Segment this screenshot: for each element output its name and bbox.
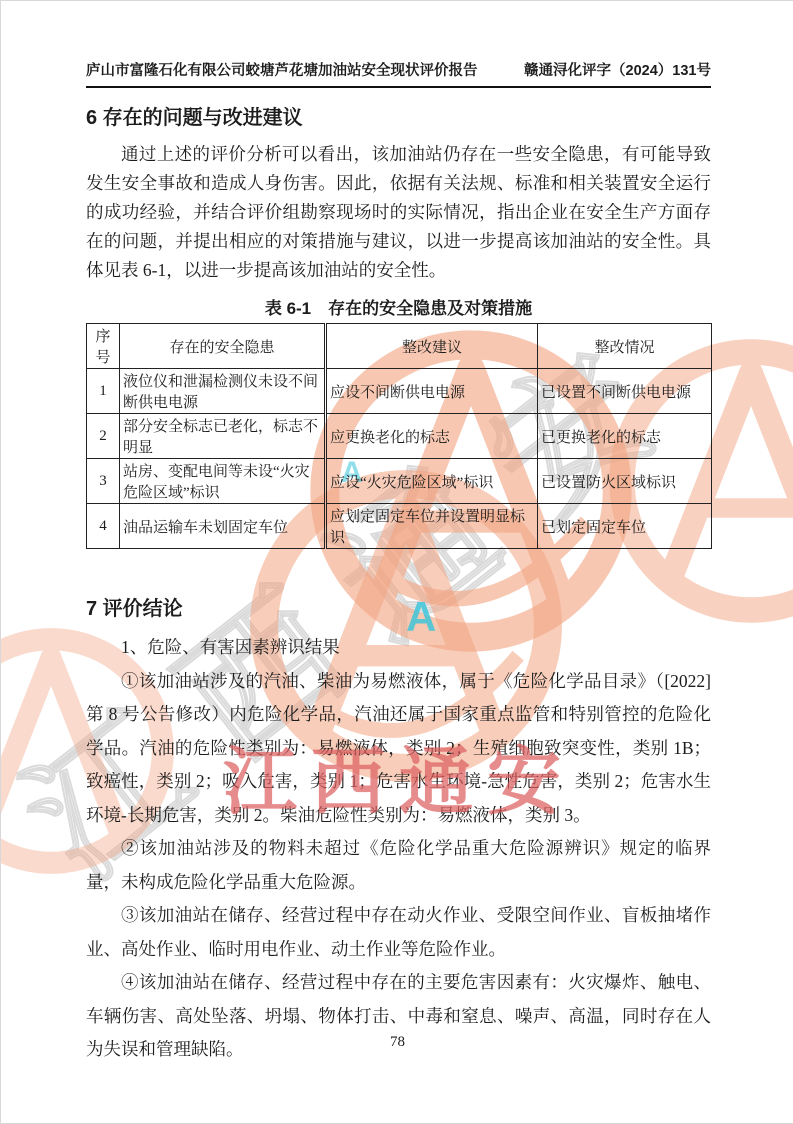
row-status: 已设置不间断供电电源 <box>538 369 712 414</box>
row-index: 2 <box>87 414 120 459</box>
row-status: 已划定固定车位 <box>538 504 712 549</box>
header-report-title: 庐山市富隆石化有限公司蛟塘芦花塘加油站安全现状评价报告 <box>86 59 478 80</box>
row-suggestion: 应划定固定车位并设置明显标识 <box>326 504 538 549</box>
section7-paragraph-4: ③该加油站在储存、经营过程中存在动火作业、受限空间作业、盲板抽堵作业、高处作业、… <box>86 899 711 966</box>
col-header-status: 整改情况 <box>538 324 712 369</box>
header-document-number: 赣通浔化评字（2024）131号 <box>524 59 711 80</box>
col-header-index: 序号 <box>87 324 120 369</box>
row-hazard: 站房、变配电间等未设“火灾危险区域”标识 <box>120 459 326 504</box>
row-index: 1 <box>87 369 120 414</box>
row-index: 4 <box>87 504 120 549</box>
row-suggestion: 应更换老化的标志 <box>326 414 538 459</box>
col-header-hazard: 存在的安全隐患 <box>120 324 326 369</box>
row-status: 已更换老化的标志 <box>538 414 712 459</box>
table-row: 3 站房、变配电间等未设“火灾危险区域”标识 应设“火灾危险区域”标识 已设置防… <box>87 459 712 504</box>
row-hazard: 油品运输车未划固定车位 <box>120 504 326 549</box>
row-status: 已设置防火区域标识 <box>538 459 712 504</box>
section7-title: 7 评价结论 <box>86 592 711 621</box>
section7-paragraph-2: ①该加油站涉及的汽油、柴油为易燃液体，属于《危险化学品目录》（[2022]第 8… <box>86 665 711 833</box>
page-number: 78 <box>1 1034 793 1051</box>
hazard-table: 序号 存在的安全隐患 整改建议 整改情况 1 液位仪和泄漏检测仪未设不间断供电电… <box>86 323 712 549</box>
document-content: 庐山市富隆石化有限公司蛟塘芦花塘加油站安全现状评价报告 赣通浔化评字（2024）… <box>1 1 793 1067</box>
table-row: 2 部分安全标志已老化，标志不明显 应更换老化的标志 已更换老化的标志 <box>87 414 712 459</box>
table-row: 4 油品运输车未划固定车位 应划定固定车位并设置明显标识 已划定固定车位 <box>87 504 712 549</box>
table-header-row: 序号 存在的安全隐患 整改建议 整改情况 <box>87 324 712 369</box>
row-suggestion: 应设“火灾危险区域”标识 <box>326 459 538 504</box>
document-page: 江西通安 <box>0 0 793 1124</box>
section7-paragraph-5: ④该加油站在储存、经营过程中存在的主要危害因素有：火灾爆炸、触电、车辆伤害、高处… <box>86 966 711 1067</box>
row-hazard: 液位仪和泄漏检测仪未设不间断供电电源 <box>120 369 326 414</box>
section6-title: 6 存在的问题与改进建议 <box>86 101 711 130</box>
section7-paragraph-1: 1、危险、有害因素辨识结果 <box>86 631 711 665</box>
row-hazard: 部分安全标志已老化，标志不明显 <box>120 414 326 459</box>
col-header-suggestion: 整改建议 <box>326 324 538 369</box>
row-index: 3 <box>87 459 120 504</box>
table-caption: 表 6-1 存在的安全隐患及对策措施 <box>86 294 711 319</box>
section6-paragraph: 通过上述的评价分析可以看出，该加油站仍存在一些安全隐患，有可能导致发生安全事故和… <box>86 140 711 285</box>
row-suggestion: 应设不间断供电电源 <box>326 369 538 414</box>
table-row: 1 液位仪和泄漏检测仪未设不间断供电电源 应设不间断供电电源 已设置不间断供电电… <box>87 369 712 414</box>
page-header: 庐山市富隆石化有限公司蛟塘芦花塘加油站安全现状评价报告 赣通浔化评字（2024）… <box>86 1 711 88</box>
section7-paragraph-3: ②该加油站涉及的物料未超过《危险化学品重大危险源辨识》规定的临界量，未构成危险化… <box>86 832 711 899</box>
